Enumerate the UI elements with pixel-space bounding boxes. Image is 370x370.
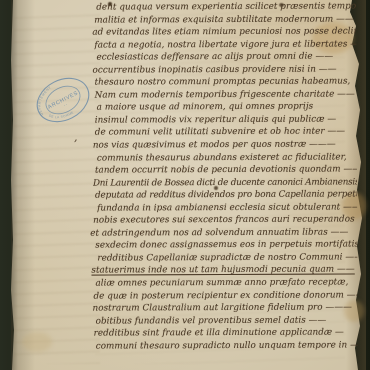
manuscript-line: nostrarum Claustralium aut largitione fi… bbox=[93, 302, 358, 316]
manuscript-line: redditibus Capellaniæ supradictæ de nost… bbox=[97, 251, 357, 265]
manuscript-line: de communi velit utilitati subvenire et … bbox=[95, 126, 357, 140]
manuscript-line: facta a negotia, nostra libertate vigore… bbox=[94, 38, 356, 52]
manuscript-line: thesauro nostro communi promptas pecunia… bbox=[95, 76, 357, 90]
archive-stamp: ARCHIVES · · DÉPARTEMENT DE LA SOMME bbox=[31, 74, 95, 126]
manuscript-line: occurrentibus inopinatis casibus provide… bbox=[92, 63, 356, 77]
manuscript-line: nos vias quæsivimus et modos per quos no… bbox=[93, 138, 357, 152]
manuscript-line: nobis executores sui sexcentos francos a… bbox=[93, 214, 357, 228]
manuscript-line: dent quaqua versum experientia scilicet … bbox=[96, 0, 356, 14]
stamp-ornament: · · bbox=[63, 102, 69, 108]
manuscript-line-underlined: statuerimus inde nos ut tam hujusmodi pe… bbox=[91, 264, 357, 278]
manuscript-line: insimul commodis vix reperitur aliquis q… bbox=[95, 113, 357, 127]
manuscript-line: et adstringendum nos ad solvendum annuat… bbox=[90, 226, 357, 240]
manuscript-line: sexdecim donec assignassemus eos in perp… bbox=[95, 239, 357, 253]
margin-comma-mark: , bbox=[74, 131, 78, 144]
manuscript-line: Dni Laurentii de Bossea dicti de ducente… bbox=[93, 176, 357, 190]
manuscript-line: redditibus sint fraude et illa diminutio… bbox=[94, 327, 358, 341]
manuscript-line: ecclesiasticas deffensare ac alijs prout… bbox=[96, 51, 356, 65]
manuscript-line: fundanda in ipsa ambianensi ecclesia sic… bbox=[97, 201, 357, 215]
paper-stain bbox=[22, 332, 52, 352]
manuscript-line: obitibus fundandis vel proventibus semel… bbox=[96, 314, 358, 328]
manuscript-text-block: dent quaqua versum experientia scilicet … bbox=[94, 0, 358, 367]
verso-show-through bbox=[14, 8, 100, 364]
manuscript-line: deputata ad redditus dividendos pro bona… bbox=[95, 189, 357, 203]
manuscript-line: a maiore usque ad minorem, qui omnes pro… bbox=[97, 101, 357, 115]
manuscript-line: de quæ in posterum recipientur ex condit… bbox=[93, 289, 357, 303]
manuscript-line: malitia et informas exquisita subtilitat… bbox=[94, 13, 356, 27]
manuscript-line: aliæ omnes pecuniarum summæ anno præfato… bbox=[95, 276, 357, 290]
manuscript-line: Nam cum modernis temporibus frigescente … bbox=[95, 88, 357, 102]
manuscript-line: communis thesaurus abundans existeret ac… bbox=[97, 151, 357, 165]
manuscript-line: communi thesauro supradicto nullo unquam… bbox=[96, 339, 358, 353]
manuscript-line: ad evitandas lites etiam nimium pecunios… bbox=[92, 26, 356, 40]
manuscript-scan: ARCHIVES · · DÉPARTEMENT DE LA SOMME , d… bbox=[0, 0, 370, 370]
manuscript-line: tandem occurrit nobis de pecunia devotio… bbox=[95, 164, 357, 178]
